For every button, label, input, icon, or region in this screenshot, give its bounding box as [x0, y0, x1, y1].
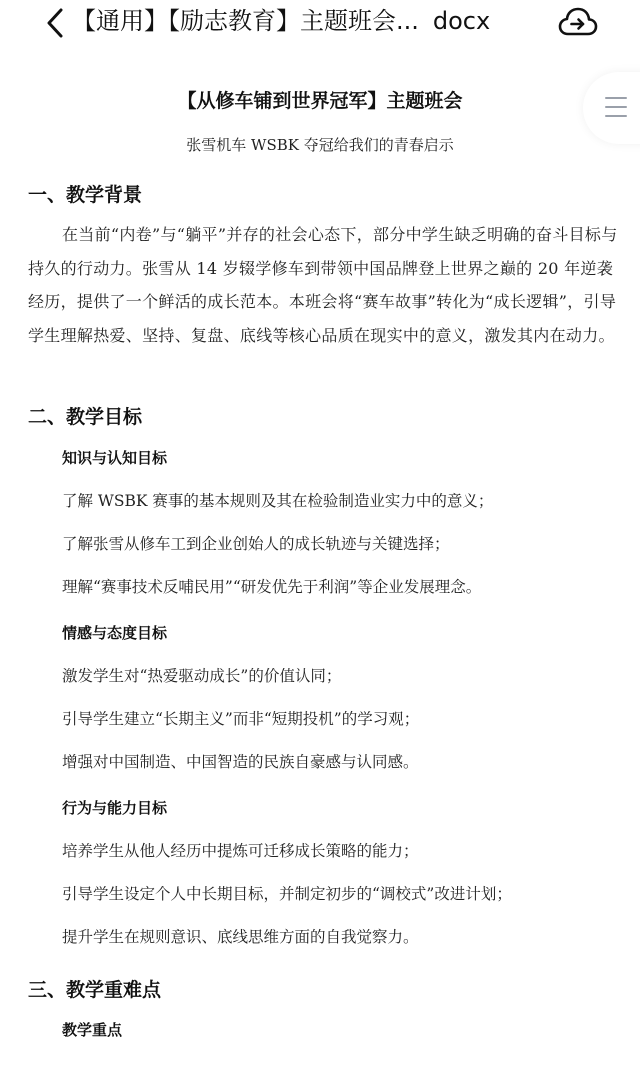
- list-item: 提升学生在规则意识、底线思维方面的自我觉察力。: [62, 925, 419, 947]
- list-item: 增强对中国制造、中国智造的民族自豪感与认同感。: [62, 750, 419, 772]
- section-heading-background: 一、教学背景: [28, 180, 142, 207]
- subsection-heading-emotion: 情感与态度目标: [62, 622, 167, 643]
- list-item: 理解“赛事技术反哺民用”“研发优先于利润”等企业发展理念。: [62, 575, 481, 597]
- list-item: 激发学生对“热爱驱动成长”的价值认同；: [62, 664, 341, 686]
- list-item: 引导学生建立“长期主义”而非“短期投机”的学习观；: [62, 707, 419, 729]
- subsection-heading-behavior: 行为与能力目标: [62, 797, 167, 818]
- list-item: 培养学生从他人经历中提炼可迁移成长策略的能力；: [62, 839, 419, 861]
- document-subtitle: 张雪机车 WSBK 夺冠给我们的青春启示: [0, 134, 640, 155]
- back-button[interactable]: [40, 6, 70, 40]
- section-heading-key-points: 三、教学重难点: [28, 975, 161, 1002]
- section-paragraph-background: 在当前“内卷”与“躺平”并存的社会心态下，部分中学生缺乏明确的奋斗目标与持久的行…: [28, 218, 618, 352]
- document-title: 【通用】【励志教育】主题班会...docx: [72, 6, 490, 36]
- section-heading-objectives: 二、教学目标: [28, 402, 142, 429]
- subsection-heading-knowledge: 知识与认知目标: [62, 447, 167, 468]
- document-title-text: 【通用】【励志教育】主题班会...: [72, 7, 419, 35]
- upload-button[interactable]: [558, 4, 598, 38]
- list-item: 了解张雪从修车工到企业创始人的成长轨迹与关键选择；: [62, 532, 450, 554]
- subsection-heading-focus: 教学重点: [62, 1019, 122, 1040]
- cloud-upload-icon: [558, 4, 598, 38]
- top-bar: 【通用】【励志教育】主题班会...docx: [0, 0, 640, 44]
- list-item: 了解 WSBK 赛事的基本规则及其在检验制造业实力中的意义；: [62, 489, 493, 511]
- document-heading: 【从修车铺到世界冠军】主题班会: [0, 86, 640, 113]
- list-item: 引导学生设定个人中长期目标，并制定初步的“调校式”改进计划；: [62, 882, 512, 904]
- document-extension: docx: [433, 7, 490, 35]
- chevron-left-icon: [40, 6, 70, 40]
